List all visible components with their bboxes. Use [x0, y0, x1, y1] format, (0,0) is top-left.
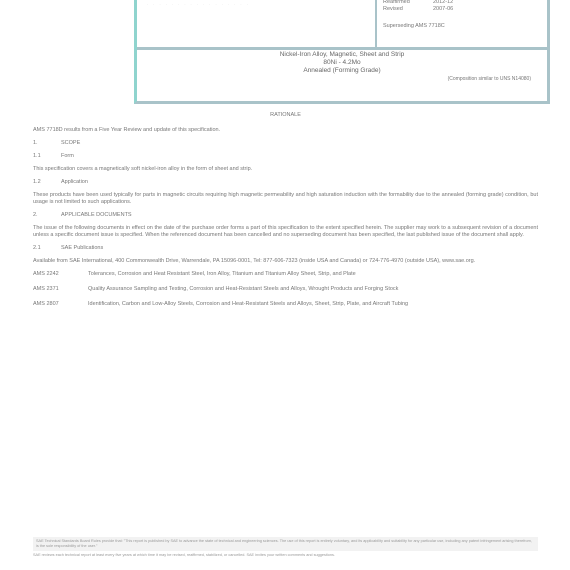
header-box: . . . . . . . . . . . . . . . . . Reaffi… [134, 0, 550, 104]
footer-notice: SAE Technical Standards Board Rules prov… [33, 537, 538, 551]
reference-item: AMS 2371 Quality Assurance Sampling and … [33, 286, 538, 293]
paragraph: The issue of the following documents in … [33, 225, 538, 239]
rationale-text: AMS 7718D results from a Five Year Revie… [33, 127, 538, 134]
header-meta: Reaffirmed 2012-12 Revised 2007-06 Super… [383, 0, 453, 30]
section-heading: 1.1Form [33, 153, 538, 160]
rationale-heading: RATIONALE [33, 112, 538, 119]
reference-item: AMS 2807 Identification, Carbon and Low-… [33, 301, 538, 308]
meta-row: Revised 2007-06 [383, 6, 453, 13]
section-heading: 2.APPLICABLE DOCUMENTS [33, 212, 538, 219]
header-logo-area: . . . . . . . . . . . . . . . . . [137, 0, 377, 47]
document-title: Nickel-Iron Alloy, Magnetic, Sheet and S… [137, 51, 547, 83]
footer-review: SAE reviews each technical report at lea… [33, 553, 538, 558]
header-top: . . . . . . . . . . . . . . . . . Reaffi… [137, 0, 547, 50]
section-heading: 2.1SAE Publications [33, 245, 538, 252]
paragraph: This specification covers a magnetically… [33, 166, 538, 173]
footer: SAE Technical Standards Board Rules prov… [33, 537, 538, 558]
document-body: RATIONALE AMS 7718D results from a Five … [33, 112, 538, 316]
section-heading: 1.SCOPE [33, 140, 538, 147]
paragraph: Available from SAE International, 400 Co… [33, 258, 538, 265]
superseding-note: Superseding AMS 7718C [383, 23, 453, 30]
uns-note: (Composition similar to UNS N14080) [137, 75, 547, 83]
section-heading: 1.2Application [33, 179, 538, 186]
paragraph: These products have been used typically … [33, 192, 538, 206]
reference-item: AMS 2242 Tolerances, Corrosion and Heat … [33, 271, 538, 278]
